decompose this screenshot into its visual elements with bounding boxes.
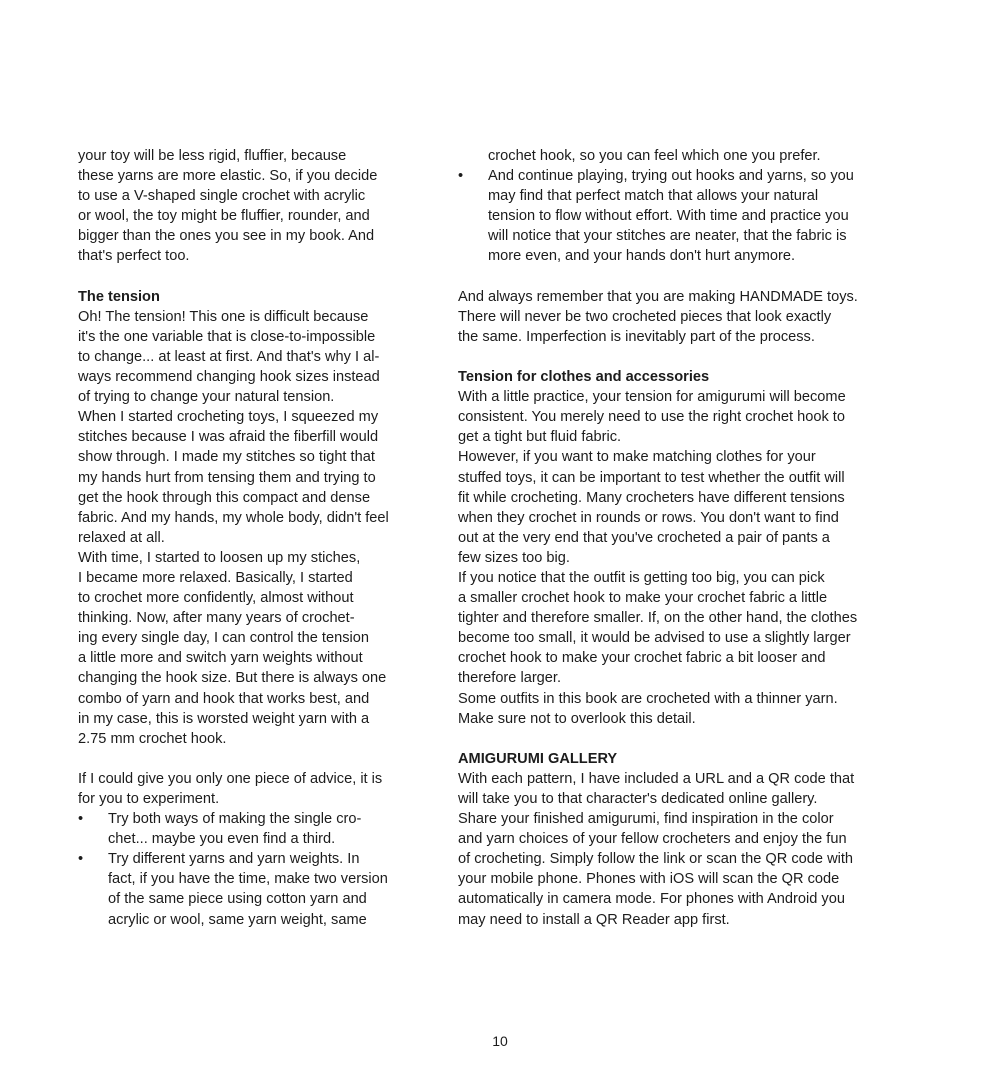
text-line: With a little practice, your tension for…: [458, 387, 920, 407]
text-line: With time, I started to loosen up my sti…: [78, 548, 438, 568]
text-line: Try different yarns and yarn weights. In: [108, 851, 359, 867]
text-line: stuffed toys, it can be important to tes…: [458, 468, 920, 488]
advice-paragraph: If I could give you only one piece of ad…: [78, 769, 438, 809]
text-line: ing every single day, I can control the …: [78, 628, 438, 648]
bullet-icon: •: [78, 849, 83, 869]
text-line: that's perfect too.: [78, 246, 438, 266]
bullet-item: • And continue playing, trying out hooks…: [458, 166, 920, 266]
text-line: out at the very end that you've crochete…: [458, 528, 920, 548]
text-line: fit while crocheting. Many crocheters ha…: [458, 488, 920, 508]
bullet-item: • Try both ways of making the single cro…: [78, 809, 438, 849]
text-line: few sizes too big.: [458, 548, 920, 568]
text-line: And continue playing, trying out hooks a…: [488, 168, 854, 184]
text-line: If you notice that the outfit is getting…: [458, 568, 920, 588]
text-line: crochet hook to make your crochet fabric…: [458, 648, 920, 668]
text-line: and yarn choices of your fellow crochete…: [458, 829, 920, 849]
text-line: of the same piece using cotton yarn and: [78, 889, 438, 909]
spacer: [458, 347, 920, 367]
text-line: to crochet more confidently, almost with…: [78, 588, 438, 608]
tension-paragraph: Oh! The tension! This one is difficult b…: [78, 307, 438, 749]
text-line: Try both ways of making the single cro-: [108, 811, 361, 827]
text-line: will take you to that character's dedica…: [458, 789, 920, 809]
right-column: crochet hook, so you can feel which one …: [458, 146, 920, 930]
intro-paragraph: your toy will be less rigid, fluffier, b…: [78, 146, 438, 267]
text-line: Oh! The tension! This one is difficult b…: [78, 307, 438, 327]
text-line: your mobile phone. Phones with iOS will …: [458, 869, 920, 889]
text-line: relaxed at all.: [78, 528, 438, 548]
text-line: to use a V-shaped single crochet with ac…: [78, 186, 438, 206]
text-line: for you to experiment.: [78, 789, 438, 809]
text-line: show through. I made my stitches so tigh…: [78, 447, 438, 467]
bullet-icon: •: [458, 166, 463, 186]
text-line: With each pattern, I have included a URL…: [458, 769, 920, 789]
spacer: [458, 267, 920, 287]
text-line: Make sure not to overlook this detail.: [458, 709, 920, 729]
spacer: [78, 749, 438, 769]
text-line: Some outfits in this book are crocheted …: [458, 689, 920, 709]
text-line: fact, if you have the time, make two ver…: [78, 869, 438, 889]
text-line: your toy will be less rigid, fluffier, b…: [78, 146, 438, 166]
text-line: thinking. Now, after many years of croch…: [78, 608, 438, 628]
spacer: [458, 729, 920, 749]
text-line: crochet hook, so you can feel which one …: [458, 146, 920, 166]
text-line: or wool, the toy might be fluffier, roun…: [78, 206, 438, 226]
text-line: When I started crocheting toys, I squeez…: [78, 407, 438, 427]
text-line: consistent. You merely need to use the r…: [458, 407, 920, 427]
text-line: combo of yarn and hook that works best, …: [78, 689, 438, 709]
text-line: my hands hurt from tensing them and tryi…: [78, 468, 438, 488]
text-line: 2.75 mm crochet hook.: [78, 729, 438, 749]
text-line: will notice that your stitches are neate…: [458, 226, 920, 246]
text-line: bigger than the ones you see in my book.…: [78, 226, 438, 246]
text-line: of crocheting. Simply follow the link or…: [458, 849, 920, 869]
text-line: automatically in camera mode. For phones…: [458, 889, 920, 909]
text-line: may find that perfect match that allows …: [458, 186, 920, 206]
text-line: more even, and your hands don't hurt any…: [458, 246, 920, 266]
text-line: ways recommend changing hook sizes inste…: [78, 367, 438, 387]
text-line: If I could give you only one piece of ad…: [78, 769, 438, 789]
text-line: a smaller crochet hook to make your croc…: [458, 588, 920, 608]
text-line: However, if you want to make matching cl…: [458, 447, 920, 467]
text-line: Share your finished amigurumi, find insp…: [458, 809, 920, 829]
text-line: therefore larger.: [458, 668, 920, 688]
text-line: acrylic or wool, same yarn weight, same: [78, 910, 438, 930]
bullet-icon: •: [78, 809, 83, 829]
gallery-paragraph: With each pattern, I have included a URL…: [458, 769, 920, 930]
text-line: in my case, this is worsted weight yarn …: [78, 709, 438, 729]
bullet-list: • Try both ways of making the single cro…: [78, 809, 438, 930]
text-line: get the hook through this compact and de…: [78, 488, 438, 508]
text-line: to change... at least at first. And that…: [78, 347, 438, 367]
text-line: stitches because I was afraid the fiberf…: [78, 427, 438, 447]
text-line: when they crochet in rounds or rows. You…: [458, 508, 920, 528]
text-line: chet... maybe you even find a third.: [78, 829, 438, 849]
text-line: changing the hook size. But there is alw…: [78, 668, 438, 688]
left-column: your toy will be less rigid, fluffier, b…: [78, 146, 438, 930]
clothes-paragraph: With a little practice, your tension for…: [458, 387, 920, 729]
text-line: may need to install a QR Reader app firs…: [458, 910, 920, 930]
spacer: [78, 267, 438, 287]
text-line: I became more relaxed. Basically, I star…: [78, 568, 438, 588]
text-line: There will never be two crocheted pieces…: [458, 307, 920, 327]
text-line: it's the one variable that is close-to-i…: [78, 327, 438, 347]
text-line: And always remember that you are making …: [458, 287, 920, 307]
text-line: a little more and switch yarn weights wi…: [78, 648, 438, 668]
text-line: tension to flow without effort. With tim…: [458, 206, 920, 226]
section-heading-tension: The tension: [78, 287, 438, 307]
text-line: tighter and therefore smaller. If, on th…: [458, 608, 920, 628]
bullet-item: • Try different yarns and yarn weights. …: [78, 849, 438, 929]
text-line: fabric. And my hands, my whole body, did…: [78, 508, 438, 528]
text-line: get a tight but fluid fabric.: [458, 427, 920, 447]
section-heading-gallery: AMIGURUMI GALLERY: [458, 749, 920, 769]
text-line: of trying to change your natural tension…: [78, 387, 438, 407]
text-line: become too small, it would be advised to…: [458, 628, 920, 648]
page-number: 10: [0, 1033, 1000, 1049]
handmade-paragraph: And always remember that you are making …: [458, 287, 920, 347]
text-line: the same. Imperfection is inevitably par…: [458, 327, 920, 347]
section-heading-clothes: Tension for clothes and accessories: [458, 367, 920, 387]
text-line: these yarns are more elastic. So, if you…: [78, 166, 438, 186]
